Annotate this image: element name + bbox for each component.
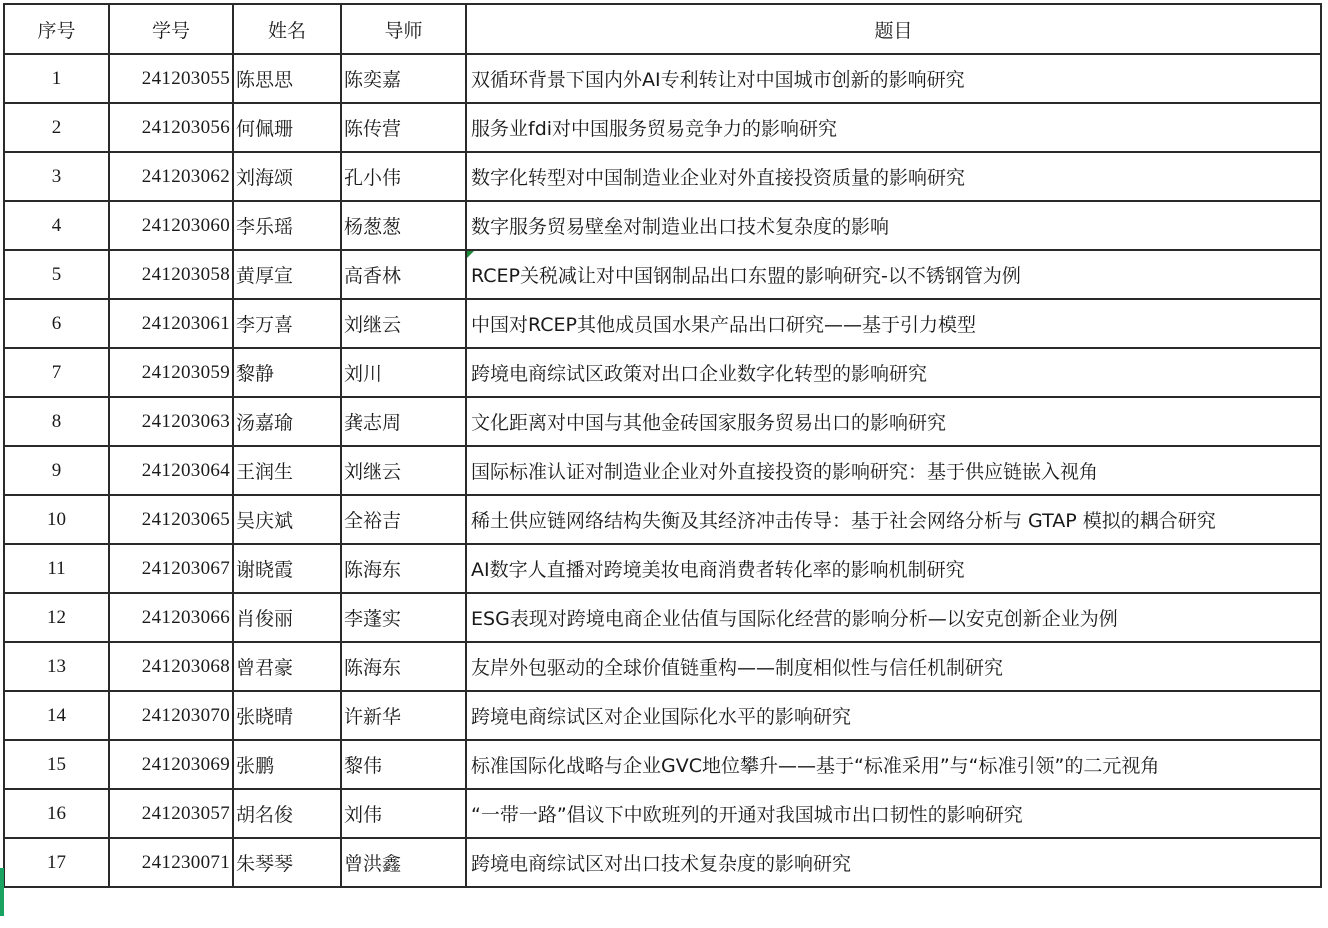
cell-title[interactable]: “一带一路”倡议下中欧班列的开通对我国城市出口韧性的影响研究 bbox=[466, 789, 1321, 838]
cell-name[interactable]: 李乐瑶 bbox=[233, 201, 341, 250]
cell-advisor[interactable]: 全裕吉 bbox=[341, 495, 466, 544]
cell-seq[interactable]: 11 bbox=[4, 544, 109, 593]
cell-seq[interactable]: 1 bbox=[4, 54, 109, 103]
cell-seq[interactable]: 17 bbox=[4, 838, 109, 887]
table-row: 8 241203063 汤嘉瑜 龚志周 文化距离对中国与其他金砖国家服务贸易出口… bbox=[4, 397, 1321, 446]
cell-title[interactable]: 数字化转型对中国制造业企业对外直接投资质量的影响研究 bbox=[466, 152, 1321, 201]
cell-seq[interactable]: 8 bbox=[4, 397, 109, 446]
cell-seq[interactable]: 16 bbox=[4, 789, 109, 838]
cell-student-id[interactable]: 241203070 bbox=[109, 691, 233, 740]
cell-title[interactable]: ESG表现对跨境电商企业估值与国际化经营的影响分析—以安克创新企业为例 bbox=[466, 593, 1321, 642]
cell-name[interactable]: 曾君豪 bbox=[233, 642, 341, 691]
cell-seq[interactable]: 15 bbox=[4, 740, 109, 789]
header-student-id[interactable]: 学号 bbox=[109, 4, 233, 54]
cell-seq[interactable]: 5 bbox=[4, 250, 109, 299]
cell-title[interactable]: 跨境电商综试区政策对出口企业数字化转型的影响研究 bbox=[466, 348, 1321, 397]
cell-advisor[interactable]: 黎伟 bbox=[341, 740, 466, 789]
cell-name[interactable]: 刘海颂 bbox=[233, 152, 341, 201]
cell-advisor[interactable]: 刘继云 bbox=[341, 446, 466, 495]
cell-student-id[interactable]: 241203068 bbox=[109, 642, 233, 691]
cell-student-id[interactable]: 241203063 bbox=[109, 397, 233, 446]
table-row: 1 241203055 陈思思 陈奕嘉 双循环背景下国内外AI专利转让对中国城市… bbox=[4, 54, 1321, 103]
cell-student-id[interactable]: 241203064 bbox=[109, 446, 233, 495]
cell-student-id[interactable]: 241203067 bbox=[109, 544, 233, 593]
table-row: 14 241203070 张晓晴 许新华 跨境电商综试区对企业国际化水平的影响研… bbox=[4, 691, 1321, 740]
cell-title[interactable]: 数字服务贸易壁垒对制造业出口技术复杂度的影响 bbox=[466, 201, 1321, 250]
table-row: 6 241203061 李万喜 刘继云 中国对RCEP其他成员国水果产品出口研究… bbox=[4, 299, 1321, 348]
table-row: 13 241203068 曾君豪 陈海东 友岸外包驱动的全球价值链重构——制度相… bbox=[4, 642, 1321, 691]
table-body: 1 241203055 陈思思 陈奕嘉 双循环背景下国内外AI专利转让对中国城市… bbox=[4, 54, 1321, 887]
table-row: 16 241203057 胡名俊 刘伟 “一带一路”倡议下中欧班列的开通对我国城… bbox=[4, 789, 1321, 838]
cell-title[interactable]: 跨境电商综试区对出口技术复杂度的影响研究 bbox=[466, 838, 1321, 887]
cell-student-id[interactable]: 241203060 bbox=[109, 201, 233, 250]
cell-seq[interactable]: 12 bbox=[4, 593, 109, 642]
cell-name[interactable]: 吴庆斌 bbox=[233, 495, 341, 544]
cell-advisor[interactable]: 曾洪鑫 bbox=[341, 838, 466, 887]
cell-name[interactable]: 王润生 bbox=[233, 446, 341, 495]
header-advisor[interactable]: 导师 bbox=[341, 4, 466, 54]
cell-name[interactable]: 肖俊丽 bbox=[233, 593, 341, 642]
header-name[interactable]: 姓名 bbox=[233, 4, 341, 54]
table-row: 15 241203069 张鹏 黎伟 标准国际化战略与企业GVC地位攀升——基于… bbox=[4, 740, 1321, 789]
cell-advisor[interactable]: 龚志周 bbox=[341, 397, 466, 446]
cell-title[interactable]: 服务业fdi对中国服务贸易竞争力的影响研究 bbox=[466, 103, 1321, 152]
thesis-topic-table: 序号 学号 姓名 导师 题目 1 241203055 陈思思 陈奕嘉 双循环背景… bbox=[3, 3, 1322, 888]
cell-advisor[interactable]: 孔小伟 bbox=[341, 152, 466, 201]
cell-advisor[interactable]: 陈海东 bbox=[341, 642, 466, 691]
cell-name[interactable]: 何佩珊 bbox=[233, 103, 341, 152]
cell-advisor[interactable]: 高香林 bbox=[341, 250, 466, 299]
cell-seq[interactable]: 14 bbox=[4, 691, 109, 740]
cell-seq[interactable]: 2 bbox=[4, 103, 109, 152]
row-selection-indicator bbox=[0, 868, 4, 916]
cell-title[interactable]: 友岸外包驱动的全球价值链重构——制度相似性与信任机制研究 bbox=[466, 642, 1321, 691]
cell-title[interactable]: RCEP关税减让对中国钢制品出口东盟的影响研究-以不锈钢管为例 bbox=[466, 250, 1321, 299]
table-row: 10 241203065 吴庆斌 全裕吉 稀土供应链网络结构失衡及其经济冲击传导… bbox=[4, 495, 1321, 544]
cell-advisor[interactable]: 陈传营 bbox=[341, 103, 466, 152]
cell-name[interactable]: 黎静 bbox=[233, 348, 341, 397]
cell-student-id[interactable]: 241203059 bbox=[109, 348, 233, 397]
cell-title[interactable]: 国际标准认证对制造业企业对外直接投资的影响研究：基于供应链嵌入视角 bbox=[466, 446, 1321, 495]
header-seq[interactable]: 序号 bbox=[4, 4, 109, 54]
cell-title[interactable]: 跨境电商综试区对企业国际化水平的影响研究 bbox=[466, 691, 1321, 740]
cell-seq[interactable]: 7 bbox=[4, 348, 109, 397]
cell-title[interactable]: 双循环背景下国内外AI专利转让对中国城市创新的影响研究 bbox=[466, 54, 1321, 103]
table-row: 11 241203067 谢晓霞 陈海东 AI数字人直播对跨境美妆电商消费者转化… bbox=[4, 544, 1321, 593]
cell-seq[interactable]: 10 bbox=[4, 495, 109, 544]
cell-title[interactable]: AI数字人直播对跨境美妆电商消费者转化率的影响机制研究 bbox=[466, 544, 1321, 593]
cell-advisor[interactable]: 刘川 bbox=[341, 348, 466, 397]
cell-advisor[interactable]: 刘伟 bbox=[341, 789, 466, 838]
cell-name[interactable]: 汤嘉瑜 bbox=[233, 397, 341, 446]
cell-name[interactable]: 谢晓霞 bbox=[233, 544, 341, 593]
cell-student-id[interactable]: 241203057 bbox=[109, 789, 233, 838]
cell-name[interactable]: 朱琴琴 bbox=[233, 838, 341, 887]
cell-advisor[interactable]: 杨葱葱 bbox=[341, 201, 466, 250]
cell-student-id[interactable]: 241203055 bbox=[109, 54, 233, 103]
cell-seq[interactable]: 3 bbox=[4, 152, 109, 201]
header-row: 序号 学号 姓名 导师 题目 bbox=[4, 4, 1321, 54]
cell-name[interactable]: 张晓晴 bbox=[233, 691, 341, 740]
cell-title[interactable]: 稀土供应链网络结构失衡及其经济冲击传导：基于社会网络分析与 GTAP 模拟的耦合… bbox=[466, 495, 1321, 544]
cell-student-id[interactable]: 241203065 bbox=[109, 495, 233, 544]
cell-title[interactable]: 标准国际化战略与企业GVC地位攀升——基于“标准采用”与“标准引领”的二元视角 bbox=[466, 740, 1321, 789]
cell-advisor[interactable]: 李蓬实 bbox=[341, 593, 466, 642]
cell-student-id[interactable]: 241203058 bbox=[109, 250, 233, 299]
table-row: 17 241230071 朱琴琴 曾洪鑫 跨境电商综试区对出口技术复杂度的影响研… bbox=[4, 838, 1321, 887]
cell-student-id[interactable]: 241203069 bbox=[109, 740, 233, 789]
cell-name[interactable]: 胡名俊 bbox=[233, 789, 341, 838]
cell-student-id[interactable]: 241203066 bbox=[109, 593, 233, 642]
cell-name[interactable]: 黄厚宣 bbox=[233, 250, 341, 299]
cell-advisor[interactable]: 陈海东 bbox=[341, 544, 466, 593]
cell-advisor[interactable]: 许新华 bbox=[341, 691, 466, 740]
cell-student-id[interactable]: 241203062 bbox=[109, 152, 233, 201]
table-row: 4 241203060 李乐瑶 杨葱葱 数字服务贸易壁垒对制造业出口技术复杂度的… bbox=[4, 201, 1321, 250]
table-row: 7 241203059 黎静 刘川 跨境电商综试区政策对出口企业数字化转型的影响… bbox=[4, 348, 1321, 397]
table-row: 9 241203064 王润生 刘继云 国际标准认证对制造业企业对外直接投资的影… bbox=[4, 446, 1321, 495]
cell-student-id[interactable]: 241203061 bbox=[109, 299, 233, 348]
cell-advisor[interactable]: 刘继云 bbox=[341, 299, 466, 348]
cell-note-indicator-icon[interactable] bbox=[467, 251, 474, 258]
cell-title[interactable]: 中国对RCEP其他成员国水果产品出口研究——基于引力模型 bbox=[466, 299, 1321, 348]
cell-seq[interactable]: 9 bbox=[4, 446, 109, 495]
table-row: 2 241203056 何佩珊 陈传营 服务业fdi对中国服务贸易竞争力的影响研… bbox=[4, 103, 1321, 152]
cell-name[interactable]: 陈思思 bbox=[233, 54, 341, 103]
cell-seq[interactable]: 4 bbox=[4, 201, 109, 250]
cell-name[interactable]: 李万喜 bbox=[233, 299, 341, 348]
header-title[interactable]: 题目 bbox=[466, 4, 1321, 54]
table-row: 12 241203066 肖俊丽 李蓬实 ESG表现对跨境电商企业估值与国际化经… bbox=[4, 593, 1321, 642]
cell-student-id[interactable]: 241230071 bbox=[109, 838, 233, 887]
cell-advisor[interactable]: 陈奕嘉 bbox=[341, 54, 466, 103]
spreadsheet-table-container: 序号 学号 姓名 导师 题目 1 241203055 陈思思 陈奕嘉 双循环背景… bbox=[3, 3, 1322, 888]
table-row: 3 241203062 刘海颂 孔小伟 数字化转型对中国制造业企业对外直接投资质… bbox=[4, 152, 1321, 201]
cell-seq[interactable]: 6 bbox=[4, 299, 109, 348]
cell-name[interactable]: 张鹏 bbox=[233, 740, 341, 789]
cell-title[interactable]: 文化距离对中国与其他金砖国家服务贸易出口的影响研究 bbox=[466, 397, 1321, 446]
table-row: 5 241203058 黄厚宣 高香林 RCEP关税减让对中国钢制品出口东盟的影… bbox=[4, 250, 1321, 299]
cell-student-id[interactable]: 241203056 bbox=[109, 103, 233, 152]
cell-seq[interactable]: 13 bbox=[4, 642, 109, 691]
